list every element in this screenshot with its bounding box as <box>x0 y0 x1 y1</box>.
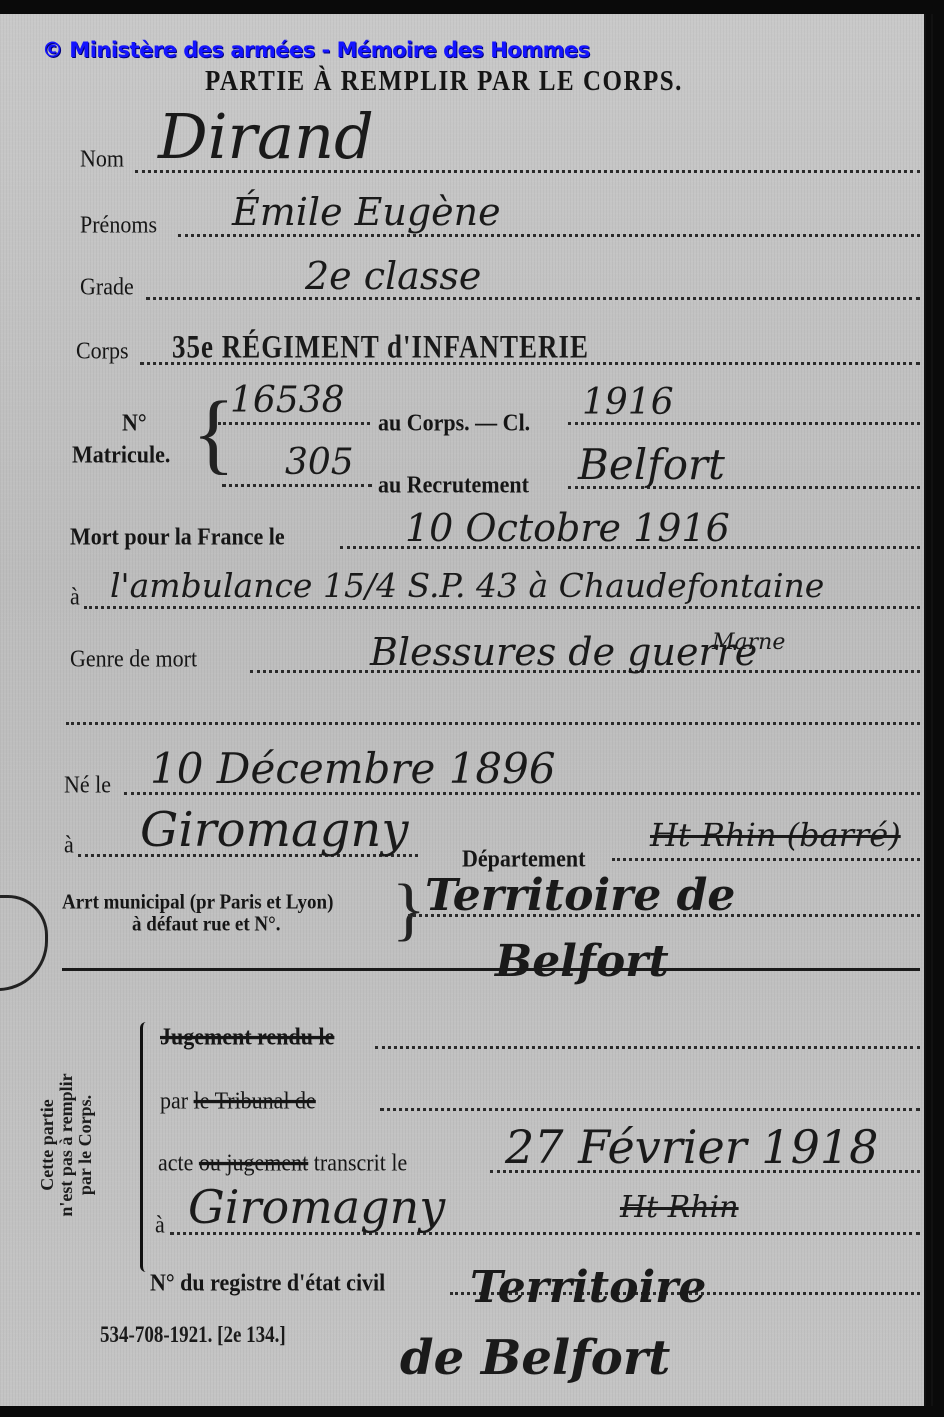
matricule-corps-value: 16538 <box>230 380 345 421</box>
side-note: Cette partie n'est pas à remplir par le … <box>38 1035 95 1255</box>
genre-mort-value: Blessures de guerre <box>370 630 757 674</box>
lieu-struck-value: Ht Rhin <box>620 1190 739 1225</box>
prenoms-line <box>178 234 920 237</box>
tribunal-label: par le Tribunal de <box>160 1087 316 1116</box>
nom-value: Dirand <box>158 100 374 173</box>
recrutement-place: Belfort <box>578 440 725 489</box>
lieu-mort-line <box>84 606 920 609</box>
prenoms-value: Émile Eugène <box>232 190 501 234</box>
grade-line <box>146 297 920 300</box>
classe-value: 1916 <box>582 382 674 423</box>
card-border-right-outer <box>931 14 933 1406</box>
departement-line <box>612 858 920 861</box>
ne-le-value: 10 Décembre 1896 <box>150 744 556 793</box>
prenoms-label: Prénoms <box>80 211 157 240</box>
grade-label: Grade <box>80 273 134 302</box>
nom-label: Nom <box>80 145 124 174</box>
matricule-corps-line <box>218 422 370 425</box>
ne-le-label: Né le <box>64 771 111 800</box>
form-header: PARTIE À REMPLIR PAR LE CORPS. <box>205 66 683 98</box>
ne-a-label: à <box>64 831 74 860</box>
matricule-brace: { <box>192 382 235 485</box>
acte-label: acte ou jugement transcrit le <box>158 1149 407 1178</box>
extra-line <box>66 722 920 725</box>
arrondissement-label: Arrt municipal (pr Paris et Lyon) <box>62 891 333 915</box>
arrondissement-sublabel: à défaut rue et N°. <box>132 913 280 937</box>
departement-value: Ht Rhin (barré) <box>650 816 901 854</box>
corps-stamp: 35e RÉGIMENT d'INFANTERIE <box>172 329 589 366</box>
acte-value: 27 Février 1918 <box>505 1120 878 1174</box>
departement-label: Département <box>462 845 585 874</box>
matricule-label-no: N° <box>122 409 147 438</box>
lieu-mort-value: l'ambulance 15/4 S.P. 43 à Chaudefontain… <box>110 566 824 605</box>
card-border-right <box>924 14 926 1406</box>
lower-section-bracket <box>140 1022 151 1272</box>
ne-a-value: Giromagny <box>140 802 408 858</box>
matricule-recrutement-value: 305 <box>285 442 354 483</box>
mort-value: 10 Octobre 1916 <box>405 506 730 550</box>
au-corps-label: au Corps. — Cl. <box>378 409 530 438</box>
lieu-mort-label: à <box>70 583 80 612</box>
mort-label: Mort pour la France le <box>70 523 285 552</box>
genre-mort-label: Genre de mort <box>70 645 197 674</box>
copyright-watermark: © Ministère des armées - Mémoire des Hom… <box>42 38 590 62</box>
matricule-recrutement-line <box>222 484 372 487</box>
arrondissement-value-1: Territoire de <box>425 870 735 921</box>
grade-value: 2e classe <box>305 254 481 298</box>
au-recrutement-label: au Recrutement <box>378 471 529 500</box>
jugement-line <box>375 1046 920 1049</box>
lieu-value: Giromagny <box>188 1180 445 1234</box>
arrondissement-value-2: Belfort <box>495 936 669 987</box>
lieu-label: à <box>155 1211 165 1240</box>
arrondissement-brace: } <box>392 870 426 950</box>
registre-value-1: Territoire <box>470 1262 706 1313</box>
registre-label: N° du registre d'état civil <box>150 1269 385 1298</box>
section-divider <box>62 968 920 971</box>
registre-value-2: de Belfort <box>400 1330 670 1386</box>
form-reference-code: 534-708-1921. [2e 134.] <box>100 1323 286 1349</box>
matricule-label: Matricule. <box>72 441 170 470</box>
corps-label: Corps <box>76 337 129 366</box>
tribunal-line <box>380 1108 920 1111</box>
jugement-label: Jugement rendu le <box>160 1023 334 1052</box>
